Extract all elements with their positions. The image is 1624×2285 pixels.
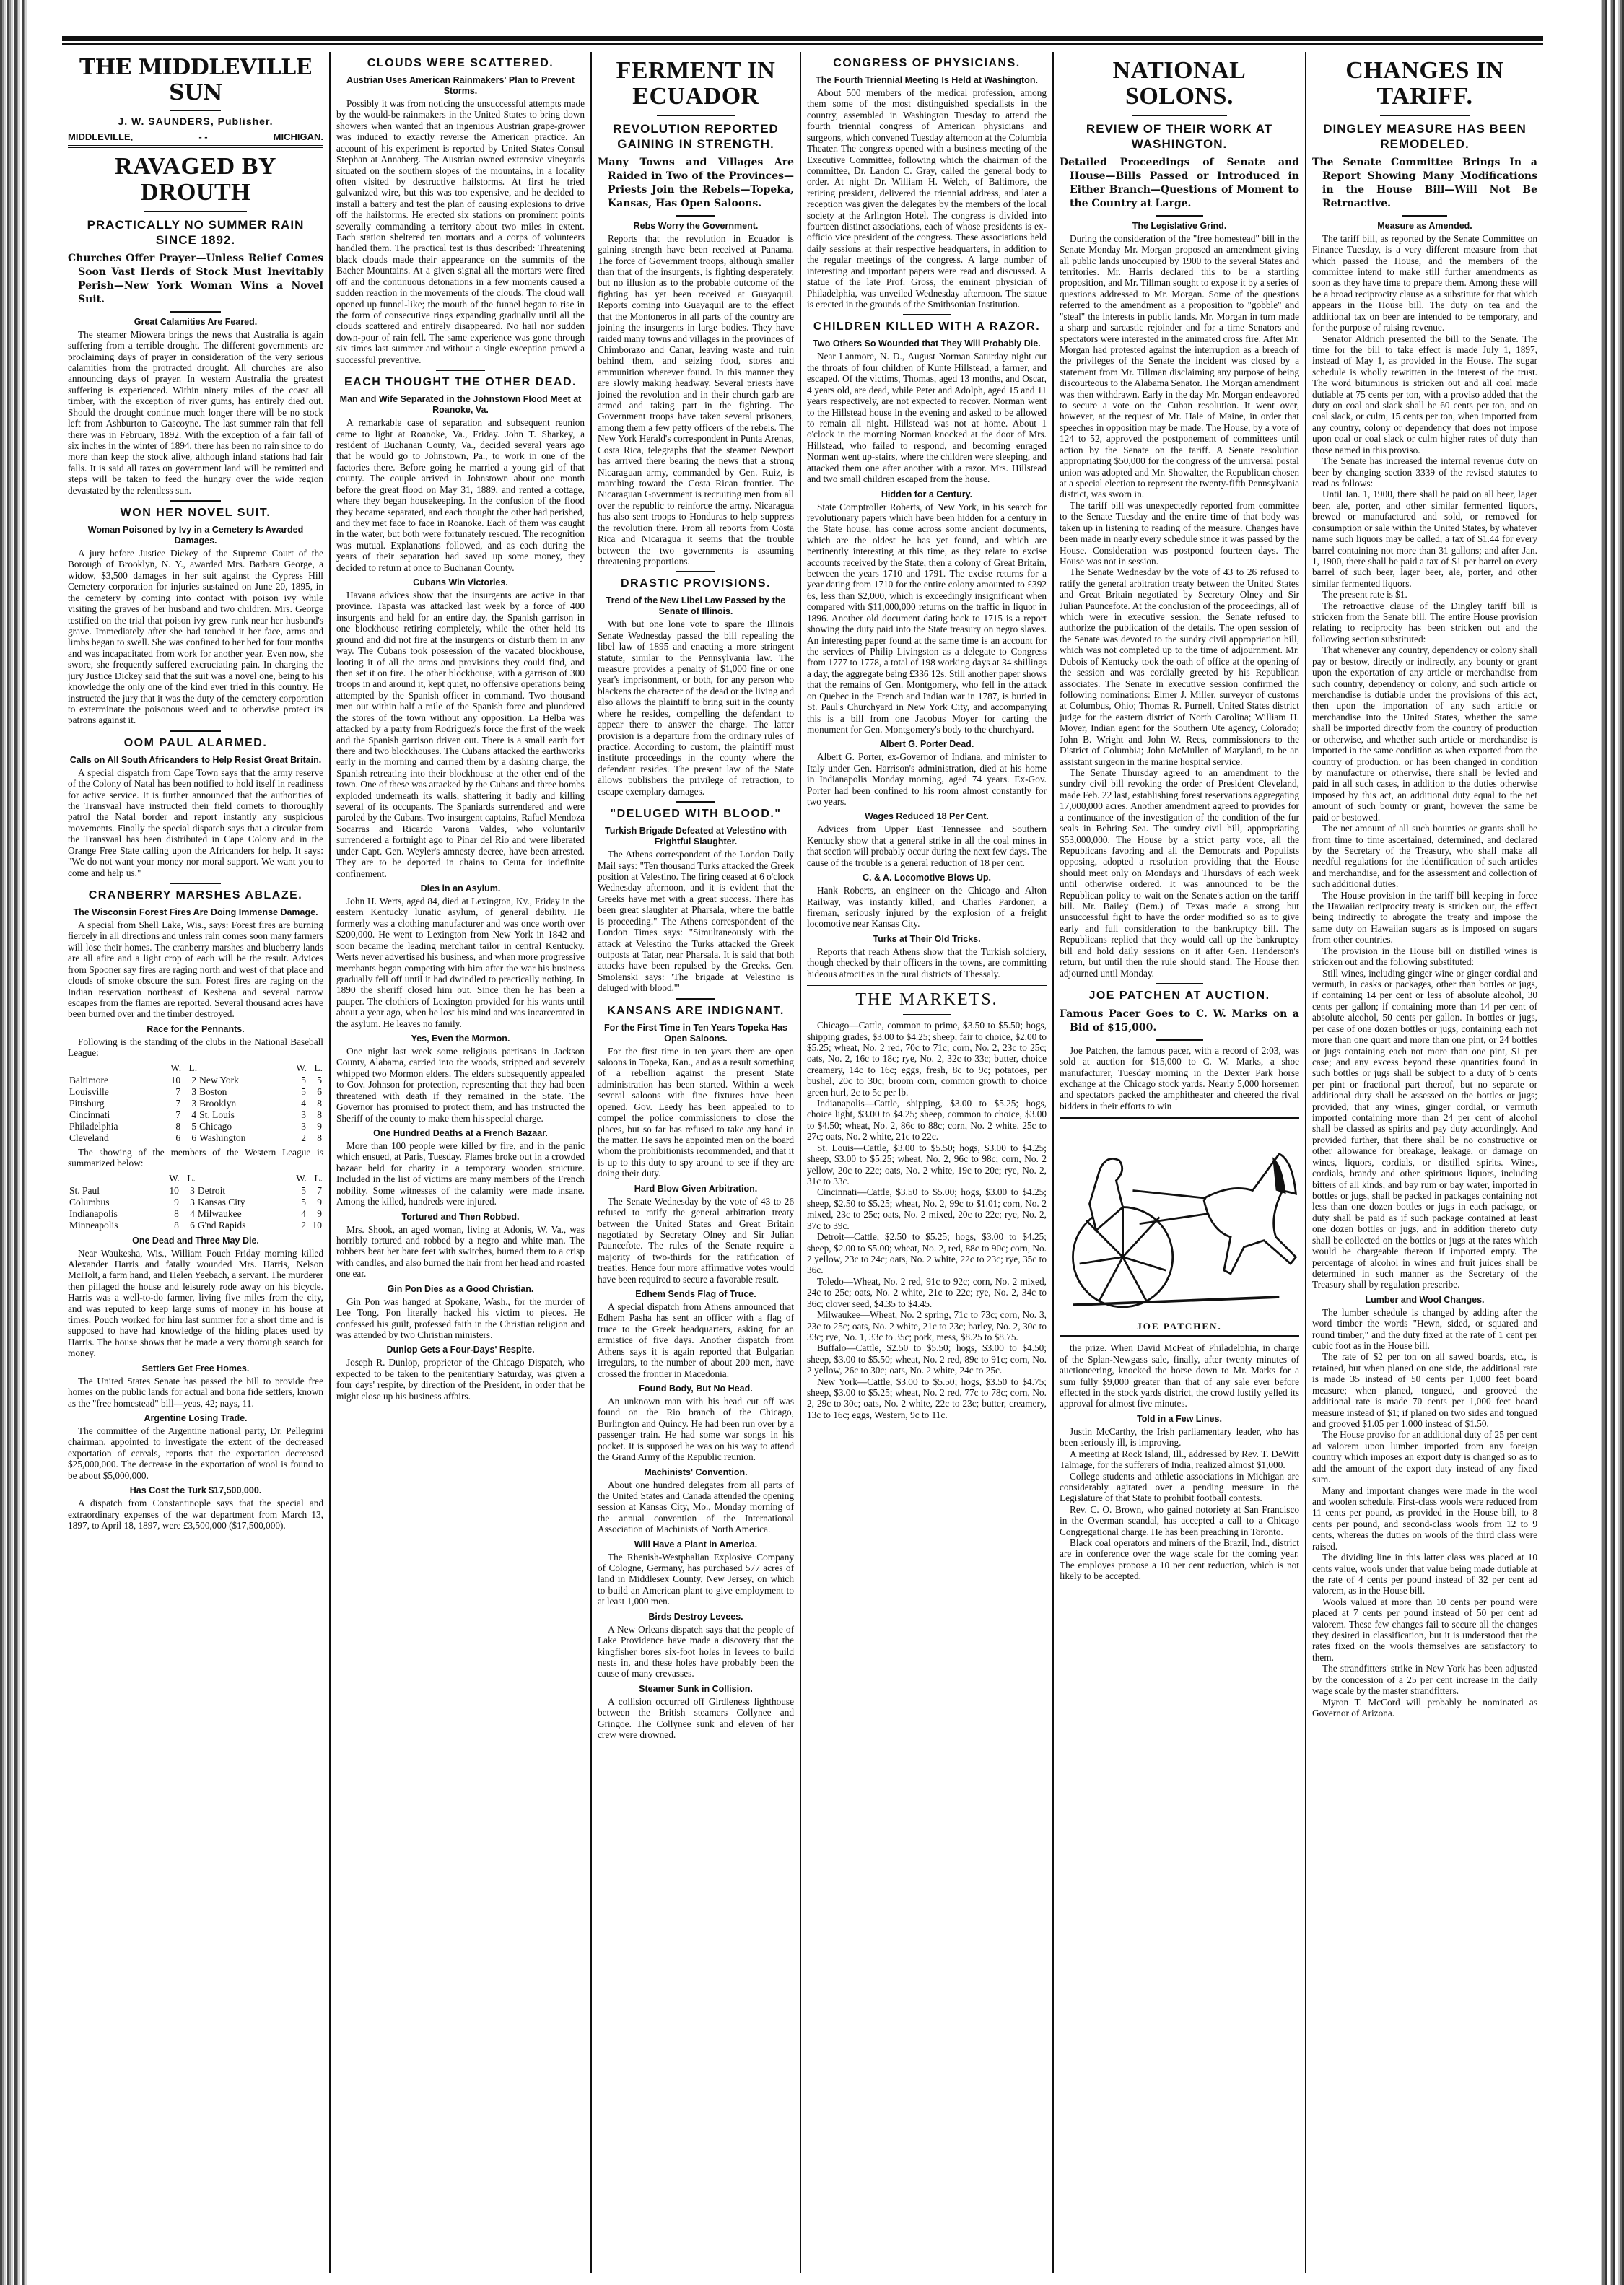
article-paragraph: John H. Werts, aged 84, died at Lexingto…: [336, 896, 585, 1029]
article-paragraph: the prize. When David McFeat of Philadel…: [1060, 1342, 1299, 1410]
team-name: Louisville: [68, 1086, 166, 1098]
divider: [170, 110, 222, 111]
article-paragraph: Advices from Upper East Tennessee and So…: [807, 823, 1047, 868]
divider: [676, 801, 715, 803]
subhead: Calls on All South Africanders to Help R…: [68, 755, 323, 766]
subhead: Turks at Their Old Tricks.: [807, 934, 1047, 945]
subhead: Steamer Sunk in Collision.: [598, 1684, 794, 1695]
article-paragraph: The Senate Thursday agreed to an amendme…: [1060, 767, 1299, 979]
subhead: Wages Reduced 18 Per Cent.: [807, 811, 1047, 822]
article-paragraph: Milwaukee—Wheat, No. 2 spring, 71c to 73…: [807, 1309, 1047, 1342]
divider: [1156, 215, 1203, 217]
team-record: 10: [166, 1075, 182, 1086]
subhead: Edhem Sends Flag of Truce.: [598, 1289, 794, 1300]
scan-edge-right: [1598, 0, 1624, 2285]
team-record: 9: [307, 1197, 323, 1208]
article-paragraph: An unknown man with his head cut off was…: [598, 1396, 794, 1463]
team-name: Baltimore: [68, 1075, 166, 1086]
article-paragraph: Cincinnati—Cattle, $3.50 to $5.00; hogs,…: [807, 1187, 1047, 1231]
team-record: 5: [292, 1197, 307, 1208]
subhead: C. & A. Locomotive Blows Up.: [807, 873, 1047, 883]
team-record: 6: [166, 1132, 182, 1144]
article-paragraph: More than 100 people were killed by fire…: [336, 1140, 585, 1207]
team-record: 4: [180, 1208, 196, 1220]
column-3: FERMENT IN ECUADORREVOLUTION REPORTED GA…: [592, 52, 801, 2273]
article-paragraph: A meeting at Rock Island, Ill., addresse…: [1060, 1449, 1299, 1471]
newspaper-page: THE MIDDLEVILLE SUN J. W. SAUNDERS, Publ…: [62, 36, 1543, 2273]
article-paragraph: Possibly it was from noticing the unsucc…: [336, 98, 585, 365]
team-name: Pittsburg: [68, 1098, 166, 1109]
article-paragraph: A jury before Justice Dickey of the Supr…: [68, 548, 323, 726]
figure-caption: JOE PATCHEN.: [1060, 1321, 1299, 1337]
article-paragraph: The United States Senate has passed the …: [68, 1376, 323, 1409]
article-paragraph: Justin McCarthy, the Irish parliamentary…: [1060, 1426, 1299, 1449]
column-5: NATIONAL SOLONS.REVIEW OF THEIR WORK AT …: [1054, 52, 1306, 2273]
illustration-figure: JOE PATCHEN.: [1060, 1117, 1299, 1337]
article-paragraph: About one hundred delegates from all par…: [598, 1480, 794, 1535]
standings-header-cell: L.: [182, 1062, 198, 1075]
team-name: Washington: [198, 1132, 292, 1144]
article-paragraph: Wools valued at more than 10 cents per p…: [1312, 1596, 1537, 1664]
place-left: MIDDLEVILLE,: [68, 131, 133, 142]
subhead: Machinists' Convention.: [598, 1467, 794, 1478]
subhead: Two Others So Wounded that They Will Pro…: [807, 338, 1047, 349]
section-headline: KANSANS ARE INDIGNANT.: [598, 1004, 794, 1018]
standings-row: St. Paul103Detroit57: [68, 1185, 323, 1197]
section-headline: DRASTIC PROVISIONS.: [598, 577, 794, 591]
team-record: 8: [307, 1098, 323, 1109]
team-record: 4: [292, 1098, 307, 1109]
standings-row: Philadelphia85Chicago39: [68, 1121, 323, 1132]
subhead: Trend of the New Libel Law Passed by the…: [598, 595, 794, 617]
article-paragraph: That whenever any country, dependency or…: [1312, 645, 1537, 823]
standings-header-cell: W.: [166, 1062, 182, 1075]
deck-summary: Churches Offer Prayer—Unless Relief Come…: [68, 252, 323, 307]
article-paragraph: Mrs. Shook, an aged woman, living at Ado…: [336, 1224, 585, 1280]
team-record: 3: [180, 1185, 196, 1197]
subhead: Dies in an Asylum.: [336, 883, 585, 894]
standings-header-cell: W.: [292, 1172, 307, 1185]
scan-edge-left: [0, 0, 27, 2285]
column-1-articles: RAVAGED BY DROUTHPRACTICALLY NO SUMMER R…: [68, 154, 323, 1531]
column-2-articles: CLOUDS WERE SCATTERED.Austrian Uses Amer…: [336, 56, 585, 1402]
headline: RAVAGED BY DROUTH: [68, 154, 323, 205]
article-paragraph: Havana advices show that the insurgents …: [336, 590, 585, 879]
columns: THE MIDDLEVILLE SUN J. W. SAUNDERS, Publ…: [62, 52, 1543, 2273]
subhead: Measure as Amended.: [1312, 221, 1537, 232]
article-paragraph: The rate of $2 per ton on all sawed boar…: [1312, 1351, 1537, 1429]
subhead: Man and Wife Separated in the Johnstown …: [336, 394, 585, 416]
article-paragraph: Senator Aldrich presented the bill to th…: [1312, 333, 1537, 456]
standings-row: Louisville73Boston56: [68, 1086, 323, 1098]
subheadline: REVOLUTION REPORTED GAINING IN STRENGTH.: [598, 122, 794, 152]
section-headline: "DELUGED WITH BLOOD.": [598, 807, 794, 821]
article-paragraph: For the first time in ten years there ar…: [598, 1046, 794, 1179]
subhead: Gin Pon Dies as a Good Christian.: [336, 1284, 585, 1295]
article-paragraph: About 500 members of the medical profess…: [807, 87, 1047, 310]
team-record: 5: [292, 1086, 307, 1098]
team-record: 9: [307, 1208, 323, 1220]
standings-header-cell: L.: [307, 1172, 323, 1185]
article-paragraph: Black coal operators and miners of the B…: [1060, 1537, 1299, 1582]
team-record: 7: [166, 1086, 182, 1098]
article-paragraph: New York—Cattle, $3.00 to $5.50; hogs, $…: [807, 1376, 1047, 1421]
subhead: Turkish Brigade Defeated at Velestino wi…: [598, 826, 794, 847]
article-paragraph: The tariff bill, as reported by the Sena…: [1312, 233, 1537, 333]
article-paragraph: A special from Shell Lake, Wis., says: F…: [68, 919, 323, 1020]
article-paragraph: The dividing line in this latter class w…: [1312, 1552, 1537, 1596]
team-name: Milwaukee: [196, 1208, 292, 1220]
team-name: Detroit: [196, 1185, 292, 1197]
team-name: St. Paul: [68, 1185, 165, 1197]
team-name: G'nd Rapids: [196, 1220, 292, 1231]
divider: [144, 211, 247, 212]
subhead: Race for the Pennants.: [68, 1024, 323, 1035]
article-paragraph: Buffalo—Cattle, $2.50 to $5.50; hogs, $3…: [807, 1342, 1047, 1376]
article-paragraph: The steamer Miowera brings the news that…: [68, 329, 323, 496]
standings-row: Pittsburg73Brooklyn48: [68, 1098, 323, 1109]
divider: [436, 370, 486, 371]
section-headline: CRANBERRY MARSHES ABLAZE.: [68, 888, 323, 903]
subhead: Hard Blow Given Arbitration.: [598, 1184, 794, 1194]
standings-row: Cincinnati74St. Louis38: [68, 1109, 323, 1121]
divider: [170, 883, 222, 884]
article-paragraph: The net amount of all such bounties or g…: [1312, 823, 1537, 890]
subhead: Told in a Few Lines.: [1060, 1414, 1299, 1425]
publisher-line: J. W. SAUNDERS, Publisher.: [68, 115, 323, 127]
article-paragraph: Reports that the revolution in Ecuador i…: [598, 233, 794, 567]
team-name: Cleveland: [68, 1132, 166, 1144]
deck-summary: Many Towns and Villages Are Raided in Tw…: [598, 156, 794, 211]
section-headline: WON HER NOVEL SUIT.: [68, 506, 323, 520]
subhead: Tortured and Then Robbed.: [336, 1212, 585, 1223]
article-paragraph: A special dispatch from Cape Town says t…: [68, 767, 323, 878]
subhead: Will Have a Plant in America.: [598, 1539, 794, 1550]
team-record: 2: [292, 1132, 307, 1144]
standings-row: Baltimore102New York55: [68, 1075, 323, 1086]
standings-header-cell: W.: [165, 1172, 180, 1185]
article-paragraph: The tariff bill was unexpectedly reporte…: [1060, 500, 1299, 567]
team-record: 8: [307, 1109, 323, 1121]
subhead: The Wisconsin Forest Fires Are Doing Imm…: [68, 907, 323, 918]
subhead: Cubans Win Victories.: [336, 577, 585, 588]
subhead: Hidden for a Century.: [807, 489, 1047, 500]
masthead-title: THE MIDDLEVILLE SUN: [68, 55, 323, 105]
article-paragraph: The House provision in the tariff bill k…: [1312, 890, 1537, 945]
article-paragraph: Joseph R. Dunlop, proprietor of the Chic…: [336, 1357, 585, 1402]
article-paragraph: Many and important changes were made in …: [1312, 1485, 1537, 1552]
divider: [1156, 1039, 1203, 1041]
article-paragraph: The committee of the Argentine national …: [68, 1425, 323, 1481]
team-name: Philadelphia: [68, 1121, 166, 1132]
article-paragraph: Toledo—Wheat, No. 2 red, 91c to 92c; cor…: [807, 1276, 1047, 1309]
section-headline: CHILDREN KILLED WITH A RAZOR.: [807, 320, 1047, 334]
team-record: 10: [165, 1185, 180, 1197]
article-paragraph: The House proviso for an additional duty…: [1312, 1429, 1537, 1485]
team-record: 2: [292, 1220, 307, 1231]
headline: CHANGES IN TARIFF.: [1312, 58, 1537, 109]
article-paragraph: The retroactive clause of the Dingley ta…: [1312, 600, 1537, 645]
team-record: 8: [165, 1208, 180, 1220]
standings-table-western: W.L.W.L.St. Paul103Detroit57Columbus93Ka…: [68, 1172, 323, 1231]
place-right: MICHIGAN.: [274, 131, 323, 142]
article-paragraph: College students and athletic associatio…: [1060, 1471, 1299, 1504]
column-5-articles: NATIONAL SOLONS.REVIEW OF THEIR WORK AT …: [1060, 58, 1299, 1582]
article-paragraph: The provision in the House bill on disti…: [1312, 945, 1537, 968]
top-rule-thin: [62, 43, 1543, 45]
team-name: New York: [198, 1075, 292, 1086]
subhead: Rebs Worry the Government.: [598, 221, 794, 232]
team-name: Minneapolis: [68, 1220, 165, 1231]
article-paragraph: A remarkable case of separation and subs…: [336, 417, 585, 573]
article-paragraph: The present rate is $1.: [1312, 589, 1537, 600]
team-record: 3: [182, 1086, 198, 1098]
divider: [1380, 115, 1470, 116]
subhead: The Legislative Grind.: [1060, 221, 1299, 232]
article-paragraph: The Senate Wednesday by the vote of 43 t…: [598, 1196, 794, 1285]
article-paragraph: Near Lanmore, N. D., August Norman Satur…: [807, 351, 1047, 484]
team-name: Kansas City: [196, 1197, 292, 1208]
team-record: 9: [165, 1197, 180, 1208]
divider: [1156, 983, 1203, 984]
column-2: CLOUDS WERE SCATTERED.Austrian Uses Amer…: [331, 52, 592, 2273]
subhead: For the First Time in Ten Years Topeka H…: [598, 1023, 794, 1044]
article-paragraph: With but one lone vote to spare the Illi…: [598, 619, 794, 797]
section-headline: CLOUDS WERE SCATTERED.: [336, 56, 585, 71]
team-record: 5: [182, 1121, 198, 1132]
article-paragraph: Myron T. McCord will probably be nominat…: [1312, 1697, 1537, 1719]
subheadline: PRACTICALLY NO SUMMER RAIN SINCE 1892.: [68, 218, 323, 248]
article-paragraph: Joe Patchen, the famous pacer, with a re…: [1060, 1045, 1299, 1112]
article-paragraph: A special dispatch from Athens announced…: [598, 1301, 794, 1379]
article-paragraph: Reports that reach Athens show that the …: [807, 946, 1047, 979]
column-1: THE MIDDLEVILLE SUN J. W. SAUNDERS, Publ…: [62, 52, 331, 2273]
section-headline: JOE PATCHEN AT AUCTION.: [1060, 989, 1299, 1003]
article-paragraph: Detroit—Cattle, $2.50 to $5.25; hogs, $3…: [807, 1231, 1047, 1276]
team-record: 3: [292, 1109, 307, 1121]
divider: [1402, 215, 1447, 217]
divider: [903, 1014, 951, 1015]
article-paragraph: During the consideration of the "free ho…: [1060, 233, 1299, 500]
standings-header-cell: L.: [180, 1172, 196, 1185]
article-paragraph: The Senate has increased the internal re…: [1312, 455, 1537, 489]
divider: [676, 998, 715, 1000]
column-6: CHANGES IN TARIFF.DINGLEY MEASURE HAS BE…: [1306, 52, 1543, 2273]
article-paragraph: Near Waukesha, Wis., William Pouch Frida…: [68, 1248, 323, 1359]
article-paragraph: Still wines, including ginger wine or gi…: [1312, 968, 1537, 1290]
team-record: 6: [180, 1220, 196, 1231]
divider: [657, 115, 735, 116]
subhead: The Fourth Triennial Meeting Is Held at …: [807, 75, 1047, 86]
standings-header-cell: W.: [292, 1062, 307, 1075]
subhead: Has Cost the Turk $17,500,000.: [68, 1485, 323, 1496]
subhead: Found Body, But No Head.: [598, 1384, 794, 1394]
standings-header-cell: L.: [307, 1062, 323, 1075]
column-4-articles: CONGRESS OF PHYSICIANS.The Fourth Trienn…: [807, 56, 1047, 1420]
team-name: St. Louis: [198, 1109, 292, 1121]
article-paragraph: Until Jan. 1, 1900, there shall be paid …: [1312, 489, 1537, 589]
headline: FERMENT IN ECUADOR: [598, 58, 794, 109]
article-paragraph: St. Louis—Cattle, $3.00 to $5.50; hogs, …: [807, 1142, 1047, 1187]
article-paragraph: Albert G. Porter, ex-Governor of Indiana…: [807, 751, 1047, 807]
column-4: CONGRESS OF PHYSICIANS.The Fourth Trienn…: [801, 52, 1054, 2273]
markets-heading: THE MARKETS.: [807, 984, 1047, 1010]
place-sep: - -: [198, 131, 207, 142]
subheadline: REVIEW OF THEIR WORK AT WASHINGTON.: [1060, 122, 1299, 152]
team-record: 4: [292, 1208, 307, 1220]
standings-row: Cleveland66Washington28: [68, 1132, 323, 1144]
section-headline: OOM PAUL ALARMED.: [68, 736, 323, 751]
subhead: Argentine Losing Trade.: [68, 1413, 323, 1424]
article-paragraph: Indianapolis—Cattle, shipping, $3.00 to …: [807, 1098, 1047, 1142]
team-name: Indianapolis: [68, 1208, 165, 1220]
place-line: MIDDLEVILLE, - - MICHIGAN.: [68, 131, 323, 148]
team-record: 3: [292, 1121, 307, 1132]
article-paragraph: The Athens correspondent of the London D…: [598, 849, 794, 993]
divider: [676, 571, 715, 572]
team-record: 3: [182, 1098, 198, 1109]
standings-table-national: W.L.W.L.Baltimore102New York55Louisville…: [68, 1062, 323, 1144]
team-record: 5: [307, 1075, 323, 1086]
standings-header-cell: [68, 1172, 165, 1185]
top-rule: [62, 36, 1543, 41]
article-paragraph: A dispatch from Constantinople says that…: [68, 1498, 323, 1531]
team-record: 7: [166, 1098, 182, 1109]
deck-summary: Detailed Proceedings of Senate and House…: [1060, 156, 1299, 211]
subhead: Great Calamities Are Feared.: [68, 317, 323, 328]
headline: NATIONAL SOLONS.: [1060, 58, 1299, 109]
subhead: Settlers Get Free Homes.: [68, 1363, 323, 1374]
article-paragraph: Chicago—Cattle, common to prime, $3.50 t…: [807, 1020, 1047, 1098]
subhead: Austrian Uses American Rainmakers' Plan …: [336, 75, 585, 97]
article-paragraph: One night last week some religious parti…: [336, 1046, 585, 1124]
article-paragraph: The lumber schedule is changed by adding…: [1312, 1307, 1537, 1352]
article-paragraph: The Senate Wednesday by the vote of 43 t…: [1060, 567, 1299, 767]
subhead: Birds Destroy Levees.: [598, 1612, 794, 1622]
team-record: 7: [307, 1185, 323, 1197]
standings-header-cell: [196, 1172, 292, 1185]
subhead: Lumber and Wool Changes.: [1312, 1295, 1537, 1306]
team-name: Chicago: [198, 1121, 292, 1132]
team-name: Cincinnati: [68, 1109, 166, 1121]
article-paragraph: The strandfitters' strike in New York ha…: [1312, 1663, 1537, 1696]
team-record: 8: [166, 1121, 182, 1132]
subhead: One Dead and Three May Die.: [68, 1236, 323, 1246]
divider: [1132, 115, 1228, 116]
team-record: 5: [292, 1075, 307, 1086]
subhead: Yes, Even the Mormon.: [336, 1034, 585, 1044]
subhead: Woman Poisoned by Ivy in a Cemetery Is A…: [68, 525, 323, 546]
team-record: 4: [182, 1109, 198, 1121]
standings-row: Columbus93Kansas City59: [68, 1197, 323, 1208]
column-6-articles: CHANGES IN TARIFF.DINGLEY MEASURE HAS BE…: [1312, 58, 1537, 1718]
team-record: 3: [180, 1197, 196, 1208]
section-headline: CONGRESS OF PHYSICIANS.: [807, 56, 1047, 71]
subhead: One Hundred Deaths at a French Bazaar.: [336, 1128, 585, 1139]
article-paragraph: A New Orleans dispatch says that the peo…: [598, 1624, 794, 1679]
standings-header-cell: [68, 1062, 166, 1075]
article-paragraph: A collision occurred off Girdleness ligh…: [598, 1696, 794, 1741]
article-paragraph: The Rhenish-Westphalian Explosive Compan…: [598, 1552, 794, 1607]
standings-row: Indianapolis84Milwaukee49: [68, 1208, 323, 1220]
subheadline: DINGLEY MEASURE HAS BEEN REMODELED.: [1312, 122, 1537, 152]
team-record: 8: [307, 1132, 323, 1144]
article-paragraph: State Comptroller Roberts, of New York, …: [807, 502, 1047, 735]
deck-summary: The Senate Committee Brings In a Report …: [1312, 156, 1537, 211]
team-record: 8: [165, 1220, 180, 1231]
deck-summary: Famous Pacer Goes to C. W. Marks on a Bi…: [1060, 1008, 1299, 1035]
article-paragraph: Hank Roberts, an engineer on the Chicago…: [807, 885, 1047, 930]
team-record: 6: [182, 1132, 198, 1144]
team-record: 6: [307, 1086, 323, 1098]
subhead: Albert G. Porter Dead.: [807, 739, 1047, 750]
divider: [903, 314, 951, 315]
team-record: 5: [292, 1185, 307, 1197]
masthead: THE MIDDLEVILLE SUN J. W. SAUNDERS, Publ…: [68, 52, 323, 148]
article-paragraph: The showing of the members of the Wester…: [68, 1147, 323, 1169]
article-paragraph: Following is the standing of the clubs i…: [68, 1036, 323, 1059]
article-paragraph: Rev. C. O. Brown, who gained notoriety a…: [1060, 1504, 1299, 1537]
horse-sulky-illustration: [1060, 1123, 1299, 1318]
team-name: Columbus: [68, 1197, 165, 1208]
team-record: 7: [166, 1109, 182, 1121]
team-name: Brooklyn: [198, 1098, 292, 1109]
divider: [676, 215, 715, 217]
divider: [170, 500, 222, 502]
divider: [170, 730, 222, 732]
article-paragraph: Gin Pon was hanged at Spokane, Wash., fo…: [336, 1296, 585, 1341]
team-record: 9: [307, 1121, 323, 1132]
subhead: Dunlop Gets a Four-Days' Respite.: [336, 1345, 585, 1355]
section-headline: EACH THOUGHT THE OTHER DEAD.: [336, 375, 585, 390]
standings-row: Minneapolis86G'nd Rapids210: [68, 1220, 323, 1231]
divider: [170, 311, 222, 313]
team-record: 2: [182, 1075, 198, 1086]
column-3-articles: FERMENT IN ECUADORREVOLUTION REPORTED GA…: [598, 58, 794, 1741]
team-name: Boston: [198, 1086, 292, 1098]
standings-header-cell: [198, 1062, 292, 1075]
team-record: 10: [307, 1220, 323, 1231]
